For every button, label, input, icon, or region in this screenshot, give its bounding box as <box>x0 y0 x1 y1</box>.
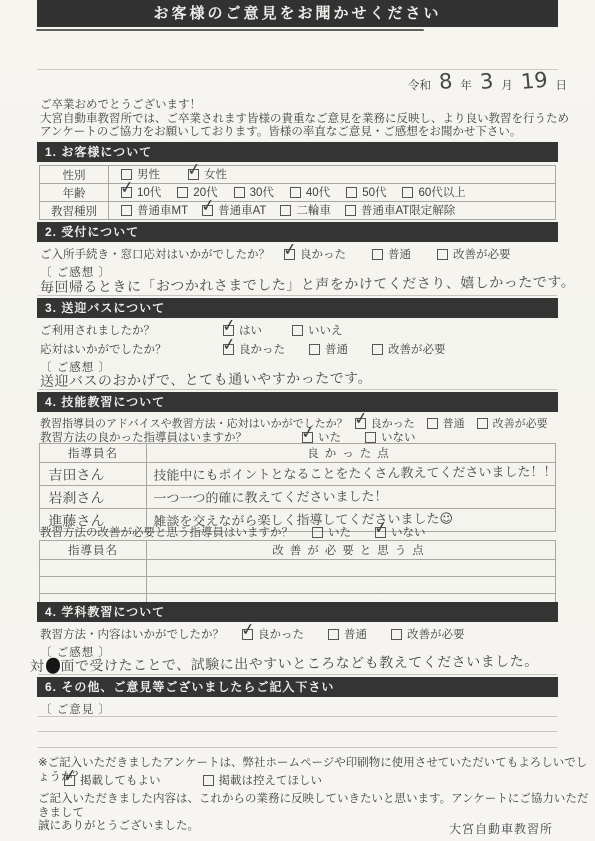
option-good[interactable]: 良かった <box>242 626 304 642</box>
checkbox-normal[interactable] <box>427 418 438 429</box>
intro-line: 大宮自動車教習所では、ご卒業されます皆様の貴重なご意見を業務に反映し、より良い教… <box>40 113 569 127</box>
writing-line[interactable] <box>38 716 557 717</box>
checkbox-age-50s[interactable] <box>346 187 357 198</box>
comment-text: 面で受けたことで、試験に出やすいところなども教えてくださいました。 <box>60 654 538 675</box>
shuttle-use-question-row: ご利用されましたか？ はい いいえ <box>40 322 343 338</box>
option-label: 改善が必要 <box>493 415 548 431</box>
option-none[interactable]: いない <box>375 524 426 540</box>
instructor-name[interactable]: 岩刹さん <box>39 484 146 508</box>
option-label: 改善が必要 <box>388 341 446 357</box>
option-label: 普通車AT限定解除 <box>361 202 455 218</box>
reception-comment[interactable]: 毎回帰るときに「おつかれさまでした」と声をかけてくださり、嬉しかったです。 <box>40 271 575 297</box>
option-label: 掲載してもよい <box>80 772 161 788</box>
option-normal[interactable]: 普通 <box>328 626 367 642</box>
ink-blot <box>45 658 59 674</box>
option-needs-improvement[interactable]: 改善が必要 <box>437 246 511 262</box>
option-needs-improvement[interactable]: 改善が必要 <box>477 415 548 431</box>
checkbox-good[interactable] <box>355 418 366 429</box>
option-age-50s[interactable]: 50代 <box>346 184 386 200</box>
option-female[interactable]: 女性 <box>188 166 227 182</box>
table-row: 教習種別 普通車MT 普通車AT 二輪車 <box>40 202 556 220</box>
academic-comment[interactable]: 対面で受けたことで、試験に出やすいところなども教えてくださいました。 <box>30 651 539 676</box>
row-label: 性別 <box>40 166 109 184</box>
section-academic-header: 4. 学科教習について <box>37 602 558 622</box>
checkbox-female[interactable] <box>188 169 199 180</box>
checkbox-at-limit-release[interactable] <box>345 205 356 216</box>
checkbox-publish-no[interactable] <box>203 775 214 786</box>
question-text: ご利用されましたか？ <box>40 322 223 338</box>
checkbox-motorcycle[interactable] <box>280 205 291 216</box>
checkbox-exists[interactable] <box>312 527 323 538</box>
option-label: はい <box>239 322 262 338</box>
instructor-name[interactable]: 吉田さん <box>39 461 146 485</box>
intro-paragraph: ご卒業おめでとうございます！ 大宮自動車教習所では、ご卒業されます皆様の貴重なご… <box>40 99 569 140</box>
reception-question-row: ご入所手続き・窓口応対はいかがでしたか？ 良かった 普通 改善が必要 <box>40 246 511 262</box>
section-other-header: 6. その他、ご意見等ございましたらご記入下さい <box>37 677 558 697</box>
writing-line[interactable] <box>38 731 557 732</box>
option-label: 普通車MT <box>137 202 188 218</box>
checkbox-normal[interactable] <box>328 629 339 640</box>
checkbox-age-30s[interactable] <box>234 187 245 198</box>
section-shuttle-header: 3. 送迎バスについて <box>37 298 558 318</box>
question-text: 教習方法・内容はいかがでしたか？ <box>40 626 242 642</box>
skill-improve-instructor-question-row: 教習方法の改善が必要と思う指導員はいますか？ いた いない <box>40 524 426 540</box>
improve-instructors-table: 指導員名 改善が必要と思う点 <box>39 540 556 611</box>
option-good[interactable]: 良かった <box>223 341 285 357</box>
option-label: 40代 <box>306 184 330 200</box>
row-label: 教習種別 <box>40 202 109 220</box>
checkbox-publish-ok[interactable] <box>64 775 75 786</box>
checkbox-age-40s[interactable] <box>290 187 301 198</box>
option-label: 普通 <box>344 626 367 642</box>
table-row: 年齢 10代 20代 30代 <box>40 184 556 202</box>
date-year-unit: 年 <box>460 77 472 93</box>
option-label: 掲載は控えてほしい <box>219 772 323 788</box>
checkbox-needs-improvement[interactable] <box>437 249 448 260</box>
date-month-value[interactable]: 3 <box>479 71 494 93</box>
option-label: いいえ <box>308 322 343 338</box>
option-label: 普通 <box>325 341 348 357</box>
academic-question-row: 教習方法・内容はいかがでしたか？ 良かった 普通 改善が必要 <box>40 626 465 642</box>
page-title: お客様のご意見をお聞かせください <box>37 0 558 27</box>
checkbox-good[interactable] <box>223 344 234 355</box>
option-normal[interactable]: 普通 <box>372 246 411 262</box>
writing-line <box>38 295 557 296</box>
column-header-name: 指導員名 <box>40 444 147 463</box>
date-month-unit: 月 <box>501 77 513 93</box>
option-age-10s[interactable]: 10代 <box>121 184 161 200</box>
school-signature: 大宮自動車教習所 <box>449 820 553 837</box>
option-label: 二輪車 <box>296 202 331 218</box>
option-label: 普通車AT <box>218 202 266 218</box>
writing-line[interactable] <box>38 747 557 748</box>
checkbox-car-mt[interactable] <box>121 205 132 216</box>
date-day-unit: 日 <box>556 77 568 93</box>
option-car-at[interactable]: 普通車AT <box>202 202 266 218</box>
intro-line: アンケートのご協力をお願いしております。皆様の率直なご意見・ご感想をお聞かせ下さ… <box>40 126 569 140</box>
option-motorcycle[interactable]: 二輪車 <box>280 202 331 218</box>
option-label: 30代 <box>250 184 274 200</box>
checkbox-none[interactable] <box>365 432 376 443</box>
section-skill-header: 4. 技能教習について <box>37 392 558 412</box>
instructor-name[interactable] <box>40 560 147 577</box>
option-age-40s[interactable]: 40代 <box>290 184 330 200</box>
option-label: 改善が必要 <box>453 246 511 262</box>
question-text: 応対はいかがでしたか？ <box>40 341 223 357</box>
option-label: いない <box>391 524 426 540</box>
checkbox-age-10s[interactable] <box>121 187 132 198</box>
checkbox-needs-improvement[interactable] <box>477 418 488 429</box>
option-good[interactable]: 良かった <box>284 246 346 262</box>
option-label: 良かった <box>239 341 285 357</box>
option-at-limit-release[interactable]: 普通車AT限定解除 <box>345 202 455 218</box>
scan-artifact-line <box>36 29 424 31</box>
checkbox-no[interactable] <box>292 325 303 336</box>
option-label: 良かった <box>300 246 346 262</box>
checkbox-exists[interactable] <box>302 432 313 443</box>
table-row: 性別 男性 女性 <box>40 166 556 184</box>
question-text: 教習方法の改善が必要と思う指導員はいますか？ <box>40 524 312 540</box>
checkbox-needs-improvement[interactable] <box>372 344 383 355</box>
shuttle-comment[interactable]: 送迎バスのおかげで、とても通いやすかったです。 <box>40 368 372 391</box>
option-label: 良かった <box>258 626 304 642</box>
instructor-comment[interactable] <box>147 577 556 594</box>
instructor-comment[interactable] <box>147 560 556 577</box>
writing-line <box>38 674 557 675</box>
option-age-60plus[interactable]: 60代以上 <box>402 184 465 200</box>
checkbox-car-at[interactable] <box>202 205 213 216</box>
checkbox-needs-improvement[interactable] <box>391 629 402 640</box>
option-needs-improvement[interactable]: 改善が必要 <box>372 341 446 357</box>
good-instructors-table: 指導員名 良かった点 吉田さん 技能中にもポイントとなることをたくさん教えてくだ… <box>39 443 556 532</box>
option-car-mt[interactable]: 普通車MT <box>121 202 188 218</box>
option-label: 60代以上 <box>418 184 465 200</box>
option-label: 改善が必要 <box>407 626 465 642</box>
checkbox-age-20s[interactable] <box>177 187 188 198</box>
feedback-label: 〔 ご意見 〕 <box>40 701 111 717</box>
option-label: 男性 <box>137 166 160 182</box>
checkbox-normal[interactable] <box>309 344 320 355</box>
option-publish-no[interactable]: 掲載は控えてほしい <box>203 772 323 788</box>
checkbox-age-60plus[interactable] <box>402 187 413 198</box>
date-row: 令和 8 年 3 月 19 日 <box>408 72 567 93</box>
column-header-name: 指導員名 <box>40 541 147 560</box>
option-no[interactable]: いいえ <box>292 322 343 338</box>
option-label: いた <box>328 524 351 540</box>
option-label: 普通 <box>443 415 465 431</box>
checkbox-good[interactable] <box>284 249 295 260</box>
shuttle-service-question-row: 応対はいかがでしたか？ 良かった 普通 改善が必要 <box>40 341 446 357</box>
table-row <box>40 577 556 594</box>
publish-options-row: 掲載してもよい 掲載は控えてほしい <box>64 772 322 788</box>
option-label: 女性 <box>204 166 227 182</box>
option-normal[interactable]: 普通 <box>309 341 348 357</box>
intro-line: ご卒業おめでとうございます！ <box>40 99 569 113</box>
survey-form: お客様のご意見をお聞かせください 令和 8 年 3 月 19 日 ご卒業おめでと… <box>0 0 595 841</box>
section-reception-header: 2. 受付について <box>37 222 558 242</box>
comment-text: 対 <box>30 659 45 675</box>
checkbox-normal[interactable] <box>372 249 383 260</box>
option-needs-improvement[interactable]: 改善が必要 <box>391 626 465 642</box>
option-label: 50代 <box>362 184 386 200</box>
question-text: ご入所手続き・窓口応対はいかがでしたか？ <box>40 246 270 262</box>
option-exists[interactable]: いた <box>312 524 351 540</box>
table-header-row: 指導員名 改善が必要と思う点 <box>40 541 556 560</box>
customer-info-table: 性別 男性 女性 年齢 <box>39 165 556 220</box>
checkbox-good[interactable] <box>242 629 253 640</box>
option-publish-ok[interactable]: 掲載してもよい <box>64 772 161 788</box>
closing-line: ご記入いただきました内容は、これからの業務に反映していきたいと思います。アンケー… <box>38 793 595 820</box>
instructor-name[interactable] <box>40 577 147 594</box>
option-label: 普通 <box>388 246 411 262</box>
table-row <box>40 560 556 577</box>
checkbox-none[interactable] <box>375 527 386 538</box>
date-day-value[interactable]: 19 <box>520 70 548 93</box>
section-customer-header: 1. お客様について <box>37 142 558 162</box>
row-label: 年齢 <box>40 184 109 202</box>
date-era-label: 令和 <box>408 77 431 93</box>
column-header-improve-points: 改善が必要と思う点 <box>147 541 556 560</box>
option-normal[interactable]: 普通 <box>427 415 465 431</box>
date-year-value[interactable]: 8 <box>438 71 453 93</box>
writing-line <box>38 389 557 390</box>
option-age-30s[interactable]: 30代 <box>234 184 274 200</box>
option-label: 10代 <box>137 184 161 200</box>
